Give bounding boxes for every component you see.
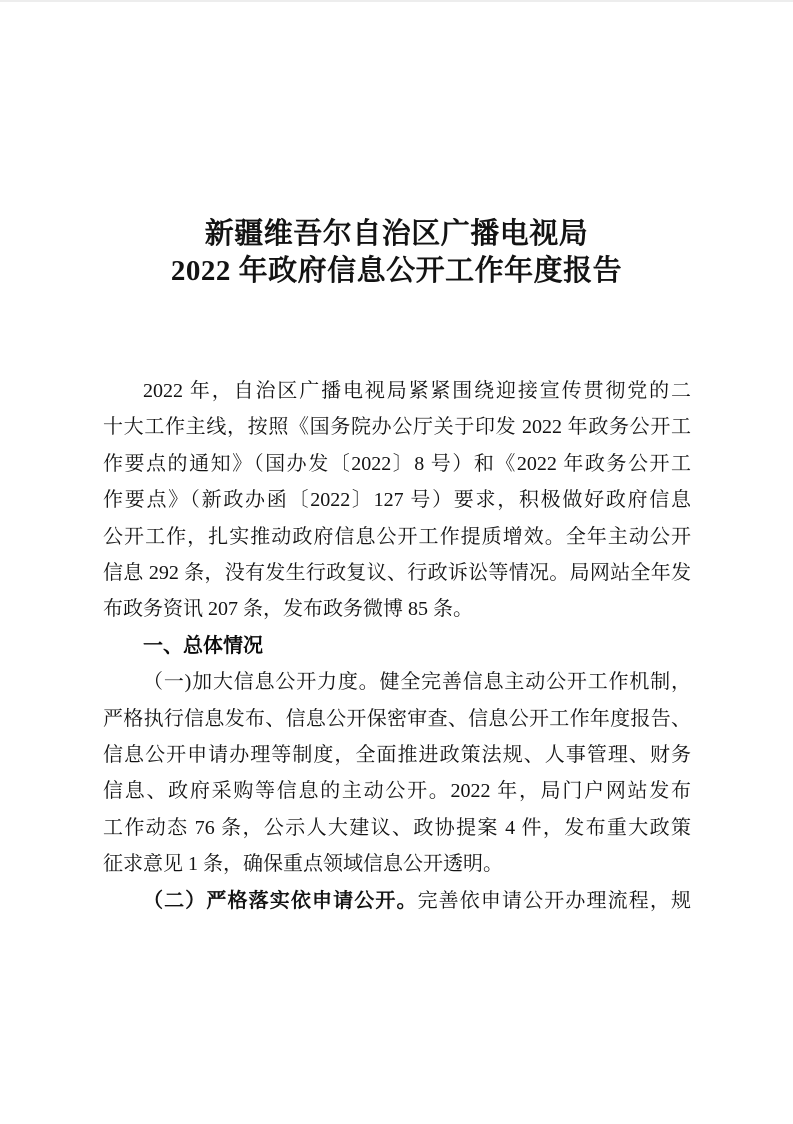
document-body: 2022 年，自治区广播电视局紧紧围绕迎接宣传贯彻党的二 十大工作主线，按照《国…	[103, 373, 691, 919]
body-line: 十大工作主线，按照《国务院办公厅关于印发 2022 年政务公开工	[103, 409, 691, 445]
section-heading: 一、总体情况	[103, 628, 691, 664]
body-line: 工作动态 76 条，公示人大建议、政协提案 4 件，发布重大政策	[103, 810, 691, 846]
document-page: 新疆维吾尔自治区广播电视局 2022 年政府信息公开工作年度报告 2022 年，…	[0, 0, 793, 1124]
body-line: 信息 292 条，没有发生行政复议、行政诉讼等情况。局网站全年发	[103, 555, 691, 591]
body-line: 信息公开申请办理等制度，全面推进政策法规、人事管理、财务	[103, 737, 691, 773]
body-line: 作要点》（新政办函〔2022〕127 号）要求，积极做好政府信息	[103, 482, 691, 518]
body-line: 布政务资讯 207 条，发布政务微博 85 条。	[103, 591, 691, 627]
body-line: 严格执行信息发布、信息公开保密审查、信息公开工作年度报告、	[103, 701, 691, 737]
document-title: 新疆维吾尔自治区广播电视局 2022 年政府信息公开工作年度报告	[0, 216, 793, 290]
body-line: （二）严格落实依申请公开。完善依申请公开办理流程，规	[103, 883, 691, 919]
body-line: 公开工作，扎实推动政府信息公开工作提质增效。全年主动公开	[103, 519, 691, 555]
body-line: （一)加大信息公开力度。健全完善信息主动公开工作机制，	[103, 664, 691, 700]
item2-lead: （二）严格落实依申请公开。	[143, 890, 418, 912]
body-line: 2022 年，自治区广播电视局紧紧围绕迎接宣传贯彻党的二	[103, 373, 691, 409]
title-line-1: 新疆维吾尔自治区广播电视局	[0, 216, 793, 253]
body-line: 作要点的通知》（国办发〔2022〕8 号）和《2022 年政务公开工	[103, 446, 691, 482]
title-line-2: 2022 年政府信息公开工作年度报告	[0, 253, 793, 290]
item2-rest: 完善依申请公开办理流程，规	[418, 890, 691, 912]
body-line: 征求意见 1 条，确保重点领域信息公开透明。	[103, 846, 691, 882]
body-line: 信息、政府采购等信息的主动公开。2022 年，局门户网站发布	[103, 773, 691, 809]
